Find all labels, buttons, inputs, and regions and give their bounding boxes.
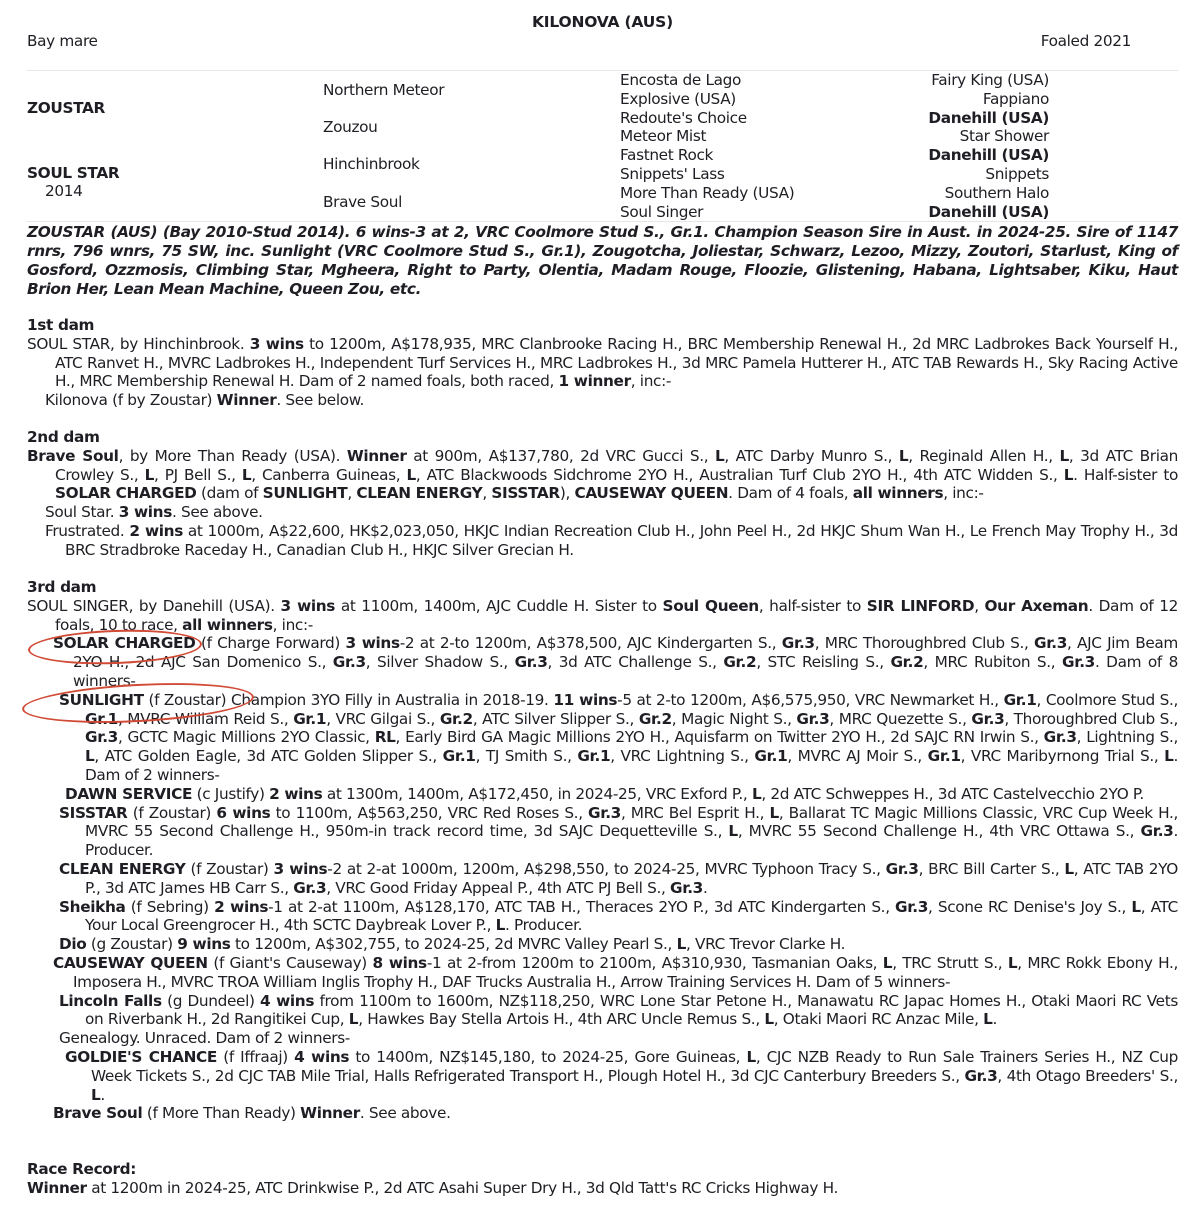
progeny-entry-sisstar: SISSTAR (f Zoustar) 6 wins to 1100m, A$5… <box>27 804 1178 860</box>
third-dam-section: 3rd dam SOUL SINGER, by Danehill (USA). … <box>27 578 1178 1123</box>
second-dam-heading: 2nd dam <box>27 428 1178 447</box>
progeny-entry-sunlight: SUNLIGHT (f Zoustar) Champion 3YO Filly … <box>27 691 1178 785</box>
progeny-entry: Soul Star. 3 wins. See above. <box>27 503 1178 522</box>
pedigree-dam-year: 2014 <box>27 182 119 200</box>
progeny-entry-causeway-queen: CAUSEWAY QUEEN (f Giant's Causeway) 8 wi… <box>27 954 1178 992</box>
progeny-entry: Frustrated. 2 wins at 1000m, A$22,600, H… <box>27 522 1178 560</box>
progeny-entry-dio: Dio (g Zoustar) 9 wins to 1200m, A$302,7… <box>27 935 1178 954</box>
pedigree-gen3-item: More Than Ready (USA) <box>620 184 794 203</box>
race-record-section: Race Record: Winner at 1200m in 2024-25,… <box>27 1160 1178 1198</box>
pedigree-gen3-item: Redoute's Choice <box>620 109 794 128</box>
pedigree-gen2-item: Zouzou <box>323 118 378 136</box>
pedigree-sire: ZOUSTAR <box>27 99 105 117</box>
pedigree-gen4-item: Danehill (USA) <box>928 109 1049 128</box>
sire-summary: ZOUSTAR (AUS) (Bay 2010-Stud 2014). 6 wi… <box>27 223 1178 299</box>
progeny-entry-brave-soul: Brave Soul (f More Than Ready) Winner. S… <box>27 1104 1178 1123</box>
first-dam-section: 1st dam SOUL STAR, by Hinchinbrook. 3 wi… <box>27 316 1178 410</box>
pedigree-gen4-item: Star Shower <box>928 127 1049 146</box>
pedigree-gen4-item: Fairy King (USA) <box>928 71 1049 90</box>
pedigree-gen3-column: Encosta de LagoExplosive (USA)Redoute's … <box>620 71 794 221</box>
progeny-entry-clean-energy: CLEAN ENERGY (f Zoustar) 3 wins-2 at 2-a… <box>27 860 1178 898</box>
second-dam-section: 2nd dam Brave Soul, by More Than Ready (… <box>27 428 1178 560</box>
pedigree-gen3-item: Snippets' Lass <box>620 165 794 184</box>
progeny-entry-genealogy: Genealogy. Unraced. Dam of 2 winners- <box>27 1029 1178 1048</box>
pedigree-gen3-item: Fastnet Rock <box>620 146 794 165</box>
colour-sex: Bay mare <box>27 32 98 50</box>
pedigree-gen4-item: Fappiano <box>928 90 1049 109</box>
divider <box>27 221 1178 222</box>
pedigree-gen3-item: Encosta de Lago <box>620 71 794 90</box>
progeny-entry-lincoln-falls: Lincoln Falls (g Dundeel) 4 wins from 11… <box>27 992 1178 1030</box>
pedigree-gen4-item: Danehill (USA) <box>928 203 1049 222</box>
pedigree-gen4-item: Danehill (USA) <box>928 146 1049 165</box>
pedigree-gen3-item: Explosive (USA) <box>620 90 794 109</box>
pedigree-gen3-item: Soul Singer <box>620 203 794 222</box>
pedigree-gen2-item: Hinchinbrook <box>323 155 420 173</box>
progeny-entry: Kilonova (f by Zoustar) Winner. See belo… <box>27 391 1178 410</box>
progeny-entry-sheikha: Sheikha (f Sebring) 2 wins-1 at 2-at 110… <box>27 898 1178 936</box>
first-dam-entry: SOUL STAR, by Hinchinbrook. 3 wins to 12… <box>27 335 1178 391</box>
foaled-year: Foaled 2021 <box>1041 32 1131 50</box>
horse-title: KILONOVA (AUS) <box>27 13 1178 31</box>
first-dam-heading: 1st dam <box>27 316 1178 335</box>
progeny-entry-goldies-chance: GOLDIE'S CHANCE (f Iffraaj) 4 wins to 14… <box>27 1048 1178 1104</box>
pedigree-dam: SOUL STAR 2014 <box>27 164 119 200</box>
progeny-entry-solar-charged: SOLAR CHARGED (f Charge Forward) 3 wins-… <box>27 634 1178 690</box>
pedigree-gen4-column: Fairy King (USA)FappianoDanehill (USA)St… <box>928 71 1049 221</box>
progeny-entry-dawn-service: DAWN SERVICE (c Justify) 2 wins at 1300m… <box>27 785 1178 804</box>
race-record-entry: Winner at 1200m in 2024-25, ATC Drinkwis… <box>27 1179 1178 1198</box>
second-dam-entry: Brave Soul, by More Than Ready (USA). Wi… <box>27 447 1178 503</box>
pedigree-gen4-item: Southern Halo <box>928 184 1049 203</box>
pedigree-gen4-item: Snippets <box>928 165 1049 184</box>
pedigree-gen3-item: Meteor Mist <box>620 127 794 146</box>
pedigree-gen2-item: Brave Soul <box>323 193 402 211</box>
race-record-heading: Race Record: <box>27 1160 1178 1179</box>
pedigree-table: ZOUSTAR SOUL STAR 2014 Northern Meteor Z… <box>27 71 1178 221</box>
pedigree-dam-name: SOUL STAR <box>27 164 119 182</box>
third-dam-heading: 3rd dam <box>27 578 1178 597</box>
pedigree-gen2-item: Northern Meteor <box>323 81 444 99</box>
third-dam-entry: SOUL SINGER, by Danehill (USA). 3 wins a… <box>27 597 1178 635</box>
